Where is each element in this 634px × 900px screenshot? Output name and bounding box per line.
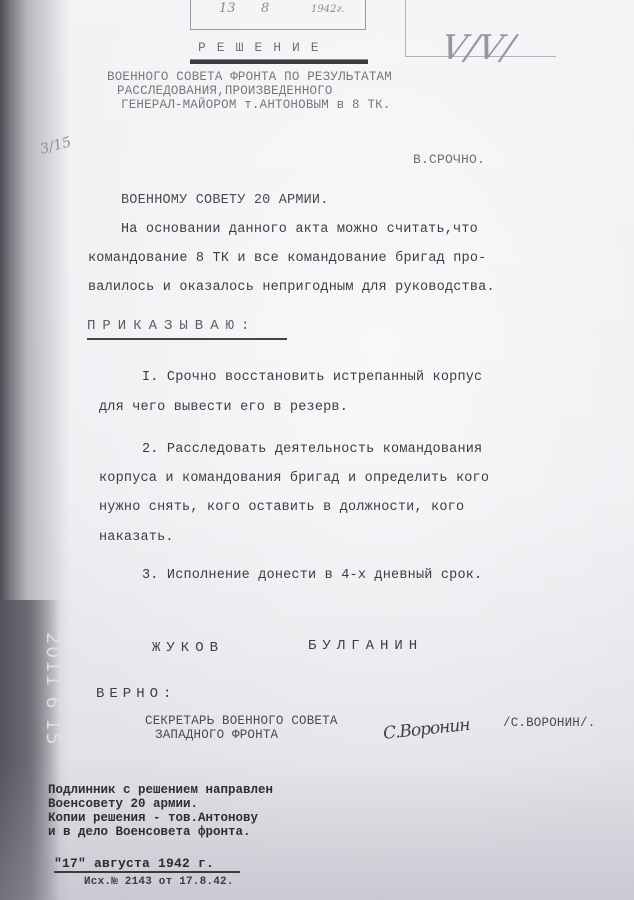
title-underline xyxy=(190,59,368,64)
order-heading: ПРИКАЗЫВАЮ: xyxy=(87,318,256,334)
signatory-zhukov: ЖУКОВ xyxy=(152,640,224,656)
distribution-line: Подлинник с решением направлен xyxy=(48,783,273,797)
subtitle-line: РАССЛЕДОВАНИЯ,ПРОИЗВЕДЕННОГО xyxy=(117,84,333,98)
handwritten-signature: С.Воронин xyxy=(382,712,498,746)
outgoing-reference: Исх.№ 2143 от 17.8.42. xyxy=(84,876,234,888)
subtitle-line: ГЕНЕРАЛ-МАЙОРОМ т.АНТОНОВЫМ в 8 ТК. xyxy=(121,98,391,112)
scan-datestamp-text: 2011 6 15 xyxy=(42,632,64,747)
preamble-line: командование 8 ТК и все командование бри… xyxy=(88,251,486,266)
addressee: ВОЕННОМУ СОВЕТУ 20 АРМИИ. xyxy=(121,193,329,208)
secretary-name: /С.ВОРОНИН/. xyxy=(503,716,595,730)
document-title: РЕШЕНИЕ xyxy=(198,40,330,55)
stamp-year: 1942г. xyxy=(311,4,345,15)
distribution-line: и в дело Военсовета фронта. xyxy=(48,825,251,839)
signatory-bulganin: БУЛГАНИН xyxy=(308,638,423,654)
order-item-2-line: корпуса и командования бригад и определи… xyxy=(99,471,489,486)
stamp-day: 13 xyxy=(219,1,236,16)
order-item-2-line: 2. Расследовать деятельность командовани… xyxy=(142,442,482,457)
header-stamp: 13 8 1942г. xyxy=(190,0,366,30)
order-item-2-line: нужно снять, кого оставить в должности, … xyxy=(99,500,464,515)
secretary-title-line: СЕКРЕТАРЬ ВОЕННОГО СОВЕТА xyxy=(145,714,338,728)
document-page: 13 8 1942г. V/V/ РЕШЕНИЕ ВОЕННОГО СОВЕТА… xyxy=(0,0,634,900)
order-item-3-line: 3. Исполнение донести в 4-х дневный срок… xyxy=(142,568,482,583)
subtitle-line: ВОЕННОГО СОВЕТА ФРОНТА ПО РЕЗУЛЬТАТАМ xyxy=(107,70,392,84)
order-item-2-line: наказать. xyxy=(99,530,174,545)
registration-mark: V/V/ xyxy=(438,28,517,68)
secretary-title-line: ЗАПАДНОГО ФРОНТА xyxy=(155,728,278,742)
stamp-month: 8 xyxy=(261,1,269,16)
order-heading-underline xyxy=(87,338,287,340)
preamble-line: На основании данного акта можно считать,… xyxy=(121,222,478,237)
distribution-line: Копии решения - тов.Антонову xyxy=(48,811,258,825)
scan-datestamp: 2011 6 15 xyxy=(42,632,68,832)
order-item-1-line: для чего вывести его в резерв. xyxy=(99,400,348,415)
order-item-1-line: I. Срочно восстановить истрепанный корпу… xyxy=(142,370,482,385)
date-underline xyxy=(54,871,240,873)
certification-label: ВЕРНО: xyxy=(96,686,176,702)
preamble-line: валилось и оказалось непригодным для рук… xyxy=(88,280,495,295)
document-date: "17" августа 1942 г. xyxy=(54,856,214,871)
urgency-mark: В.СРОЧНО. xyxy=(413,152,485,167)
distribution-line: Военсовету 20 армии. xyxy=(48,797,198,811)
